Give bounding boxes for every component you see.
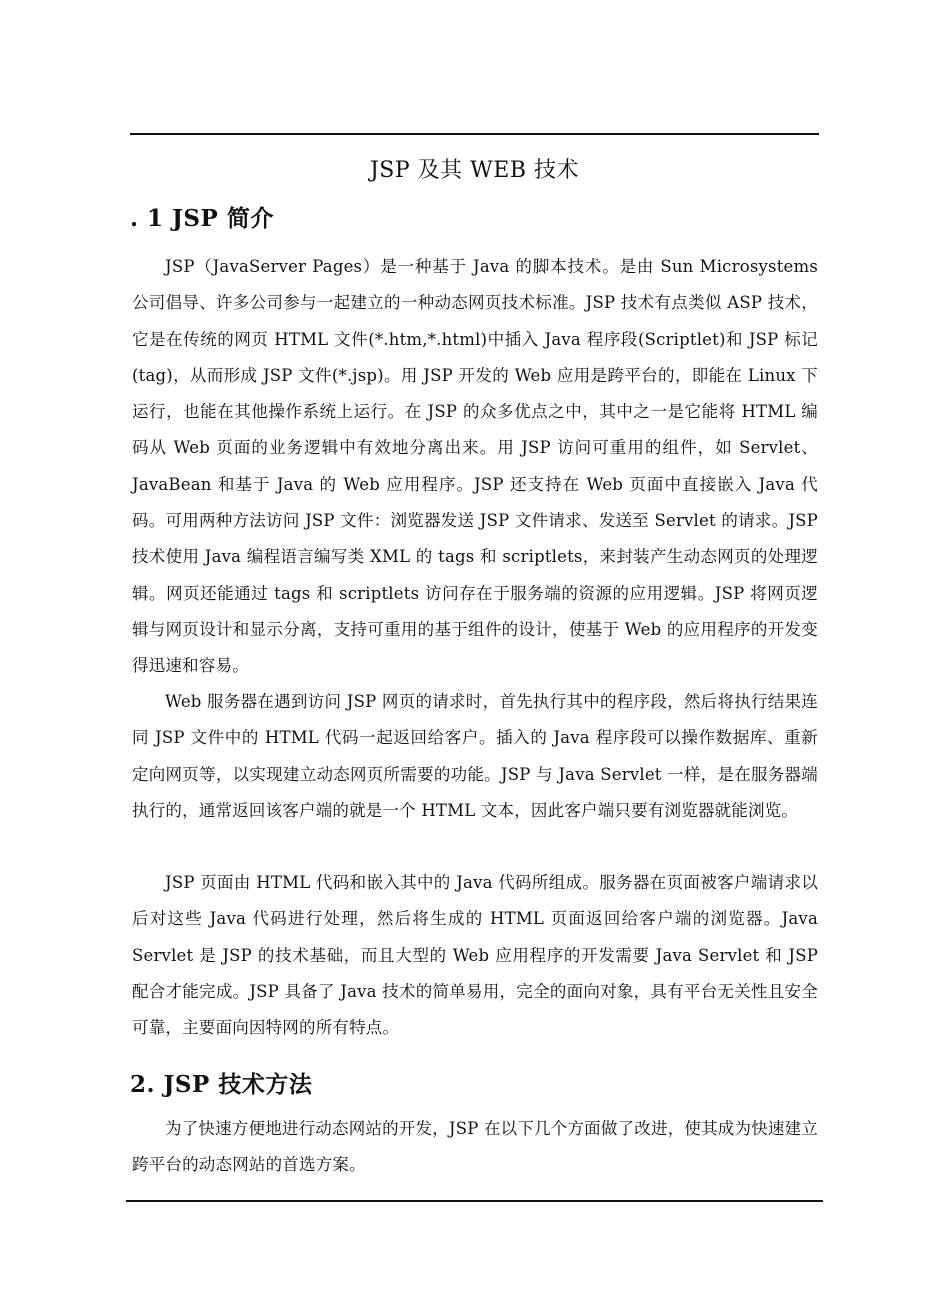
paragraph-jsp-page-composition: JSP 页面由 HTML 代码和嵌入其中的 Java 代码所组成。服务器在页面被… (132, 865, 818, 1046)
paragraph-web-server-processing: Web 服务器在遇到访问 JSP 网页的请求时，首先执行其中的程序段，然后将执行… (132, 684, 818, 829)
paragraph-jsp-overview: JSP（JavaServer Pages）是一种基于 Java 的脚本技术。是由… (132, 249, 818, 685)
document-title: JSP 及其 WEB 技术 (130, 156, 819, 186)
header-rule (130, 133, 819, 135)
footer-rule (126, 1200, 823, 1202)
section-heading-jsp-intro: . 1 JSP 简介 (130, 204, 274, 234)
paragraph-jsp-improvements: 为了快速方便地进行动态网站的开发，JSP 在以下几个方面做了改进，使其成为快速建… (132, 1111, 818, 1184)
section-heading-jsp-methods: 2. JSP 技术方法 (130, 1070, 312, 1100)
